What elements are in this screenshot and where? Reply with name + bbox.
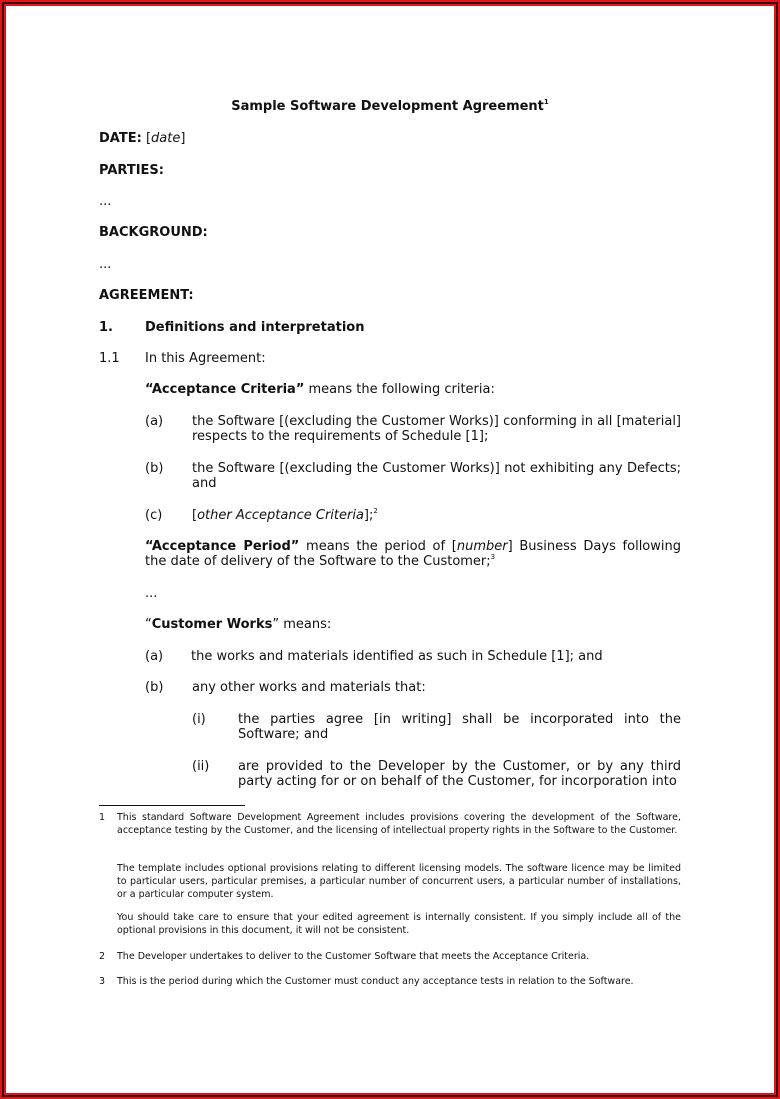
item-label: (c): [145, 508, 162, 523]
footnote-2: The Developer undertakes to deliver to t…: [117, 950, 589, 963]
document-title: Sample Software Development Agreement1: [99, 99, 681, 114]
acceptance-criteria-item-a: the Software [(excluding the Customer Wo…: [192, 414, 681, 444]
footnote-ref-1[interactable]: 1: [544, 98, 549, 106]
date-label: DATE:: [99, 131, 142, 146]
item-label: (a): [145, 414, 163, 429]
section-1-number: 1.: [99, 320, 113, 335]
footnote-number: 3: [99, 975, 105, 988]
acceptance-criteria-item-b: the Software [(excluding the Customer Wo…: [192, 461, 681, 491]
item-label: (b): [145, 461, 163, 476]
placeholder-text: other Acceptance Criteria: [197, 508, 364, 523]
clause-1-1-text: In this Agreement:: [145, 351, 266, 366]
subitem-label: (i): [192, 712, 206, 727]
definition-text: means the period of [: [299, 539, 457, 554]
customer-works-subitem-ii: are provided to the Developer by the Cus…: [238, 759, 681, 789]
definition-text: means:: [279, 617, 331, 632]
agreement-label: AGREEMENT:: [99, 288, 194, 303]
acceptance-criteria-item-c: [other Acceptance Criteria];2: [192, 508, 378, 523]
background-ellipsis: ...: [99, 257, 111, 272]
section-1-title: Definitions and interpretation: [145, 320, 364, 335]
placeholder-text: number: [457, 539, 508, 554]
parties-label: PARTIES:: [99, 163, 164, 178]
footnote-ref-3[interactable]: 3: [491, 553, 495, 561]
parties-ellipsis: ...: [99, 194, 111, 209]
customer-works-subitem-i: the parties agree [in writing] shall be …: [238, 712, 681, 742]
footnote-number: 2: [99, 950, 105, 963]
term-acceptance-period: “Acceptance Period”: [145, 539, 299, 554]
customer-works-item-a: the works and materials identified as su…: [191, 649, 603, 664]
item-label: (b): [145, 680, 163, 695]
term-customer-works: Customer Works: [152, 617, 273, 632]
footnote-3: This is the period during which the Cust…: [117, 975, 634, 988]
definition-acceptance-criteria: “Acceptance Criteria” means the followin…: [145, 382, 495, 397]
date-value: [date]: [146, 131, 185, 146]
bracket: ];: [364, 508, 373, 523]
footnote-separator: [99, 805, 245, 806]
footnote-1-para-1: This standard Software Development Agree…: [117, 811, 681, 837]
definition-text: means the following criteria:: [304, 382, 494, 397]
subitem-label: (ii): [192, 759, 209, 774]
definition-acceptance-period: “Acceptance Period” means the period of …: [145, 539, 681, 569]
item-label: (a): [145, 649, 163, 664]
title-text: Sample Software Development Agreement: [231, 99, 544, 114]
clause-1-1-number: 1.1: [99, 351, 120, 366]
footnote-number: 1: [99, 811, 105, 824]
date-line: DATE: [date]: [99, 131, 185, 146]
definition-customer-works: “Customer Works” means:: [145, 617, 331, 632]
footnote-ref-2[interactable]: 2: [373, 507, 377, 515]
quote: “: [145, 617, 152, 632]
definitions-ellipsis: ...: [145, 586, 157, 601]
footnote-1-para-3: You should take care to ensure that your…: [117, 911, 681, 937]
customer-works-item-b: any other works and materials that:: [192, 680, 426, 695]
term-acceptance-criteria: “Acceptance Criteria”: [145, 382, 304, 397]
background-label: BACKGROUND:: [99, 225, 208, 240]
footnote-1-para-2: The template includes optional provision…: [117, 862, 681, 901]
